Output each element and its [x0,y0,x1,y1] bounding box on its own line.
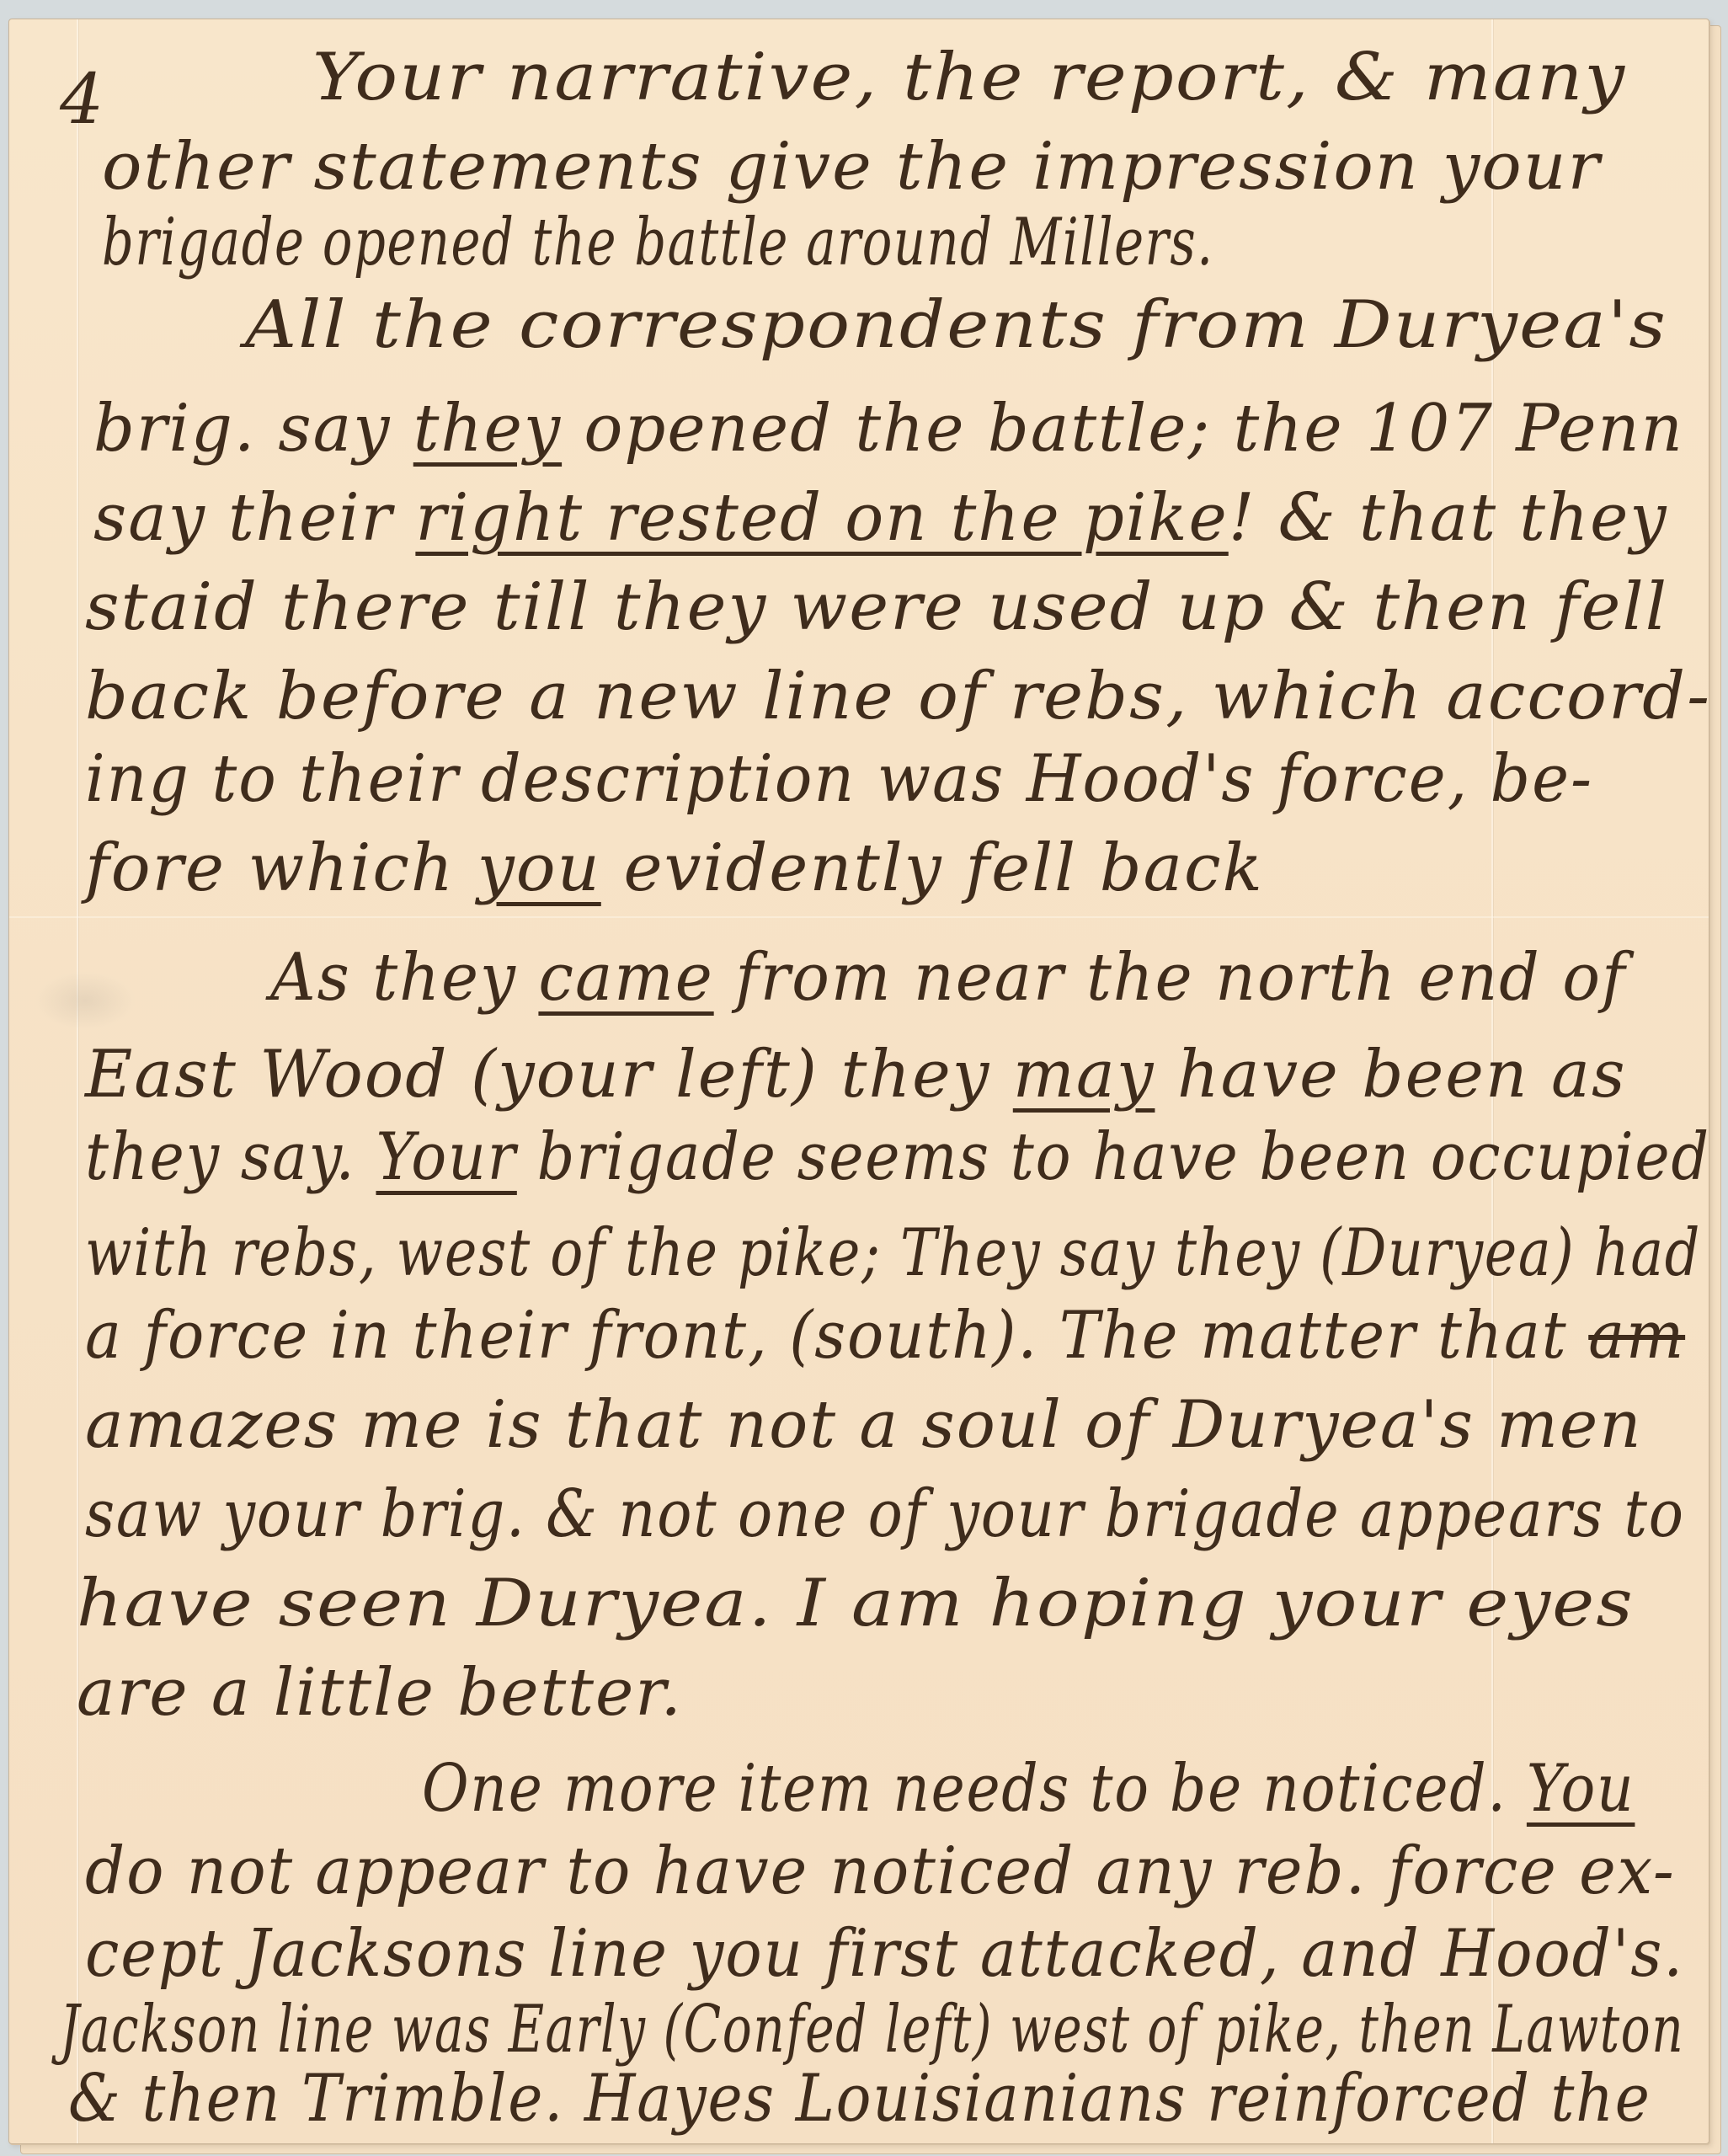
struck-word: am [1588,1298,1685,1374]
handwritten-line: back before a new line of rebs, which ac… [85,664,1711,729]
handwritten-line: saw your brig. & not one of your brigade… [85,1481,1685,1547]
handwritten-line: ing to their description was Hood's forc… [85,746,1593,812]
text-segment: opened the battle; the 107 Penn [562,391,1684,467]
handwritten-line: they say. Your brigade seems to have bee… [85,1124,1710,1190]
handwritten-line: other statements give the impression you… [102,134,1601,200]
underlined-word: you [477,830,601,906]
text-segment: brig. say [93,391,413,467]
text-segment: evidently fell back [601,830,1264,906]
text-segment: cept Jacksons line you first attacked, a… [85,1916,1684,1992]
text-segment: saw your brig. & not one of your brigade… [85,1476,1685,1552]
text-segment: Your narrative, the report, & many [312,40,1626,115]
underlined-word: they [413,391,562,467]
text-segment: other statements give the impression you… [102,129,1601,205]
underlined-word: Your [376,1119,516,1195]
text-segment: do not appear to have noticed any reb. f… [85,1833,1676,1909]
text-segment: ! & that they [1229,480,1668,556]
text-segment: they say. [85,1119,376,1195]
text-segment: & then Trimble. Hayes Louisianians reinf… [68,2061,1651,2137]
text-segment: All the correspondents from Duryea's [245,287,1667,363]
text-segment: from near the north end of [714,940,1627,1016]
handwritten-line: have seen Duryea. I am hoping your eyes [77,1571,1635,1636]
handwritten-line: Your narrative, the report, & many [312,45,1626,110]
handwritten-line: & then Trimble. Hayes Louisianians reinf… [68,2066,1651,2132]
text-segment: fore which [85,830,477,906]
text-segment: with rebs, west of the pike; They say th… [85,1215,1701,1291]
handwritten-line: a force in their front, (south). The mat… [85,1303,1685,1369]
handwritten-line: fore which you evidently fell back [85,835,1264,901]
text-segment: staid there till they were used up & the… [85,569,1668,645]
fold-line-left [77,19,78,2143]
handwritten-line: with rebs, west of the pike; They say th… [85,1220,1701,1286]
text-segment: brigade opened the battle around Millers… [102,205,1214,280]
paper-smudge [35,971,136,1030]
handwritten-line: East Wood (your left) they may have been… [85,1042,1627,1107]
underlined-word: may [1013,1037,1155,1113]
text-segment: a force in their front, (south). The mat… [85,1298,1588,1374]
handwritten-line: All the correspondents from Duryea's [245,292,1667,358]
text-segment: As they [270,940,538,1016]
handwritten-line: One more item needs to be noticed. You [422,1756,1635,1822]
handwritten-line: say their right rested on the pike! & th… [93,485,1667,551]
handwritten-line: cept Jacksons line you first attacked, a… [85,1921,1684,1987]
text-segment: amazes me is that not a soul of Duryea's… [85,1387,1643,1463]
fold-line-horizontal [9,916,1709,918]
text-segment: back before a new line of rebs, which ac… [85,659,1711,734]
text-segment: are a little better. [77,1655,683,1731]
handwritten-line: As they came from near the north end of [270,945,1626,1011]
text-segment: say their [93,480,415,556]
handwritten-line: brigade opened the battle around Millers… [102,210,1214,275]
underlined-word: You [1527,1751,1635,1827]
text-segment: brigade seems to have been occupied [517,1119,1710,1195]
text-segment: ing to their description was Hood's forc… [85,741,1593,817]
handwritten-line: amazes me is that not a soul of Duryea's… [85,1392,1643,1458]
handwritten-line: Jackson line was Early (Confed left) wes… [60,1997,1684,2063]
underlined-word: right rested on the pike [415,480,1228,556]
text-segment: East Wood (your left) they [85,1037,1013,1113]
handwritten-line: staid there till they were used up & the… [85,574,1668,640]
underlined-word: came [538,940,713,1016]
text-segment: have been as [1155,1037,1626,1113]
page-number: 4 [60,60,104,140]
text-segment: One more item needs to be noticed. [422,1751,1527,1827]
handwritten-line: do not appear to have noticed any reb. f… [85,1838,1676,1904]
handwritten-line: are a little better. [77,1660,683,1726]
handwritten-line: brig. say they opened the battle; the 10… [93,396,1684,462]
letter-page: 4 Your narrative, the report, & manyothe… [8,19,1709,2144]
text-segment: have seen Duryea. I am hoping your eyes [77,1566,1635,1641]
text-segment: Jackson line was Early (Confed left) wes… [60,1992,1684,2068]
